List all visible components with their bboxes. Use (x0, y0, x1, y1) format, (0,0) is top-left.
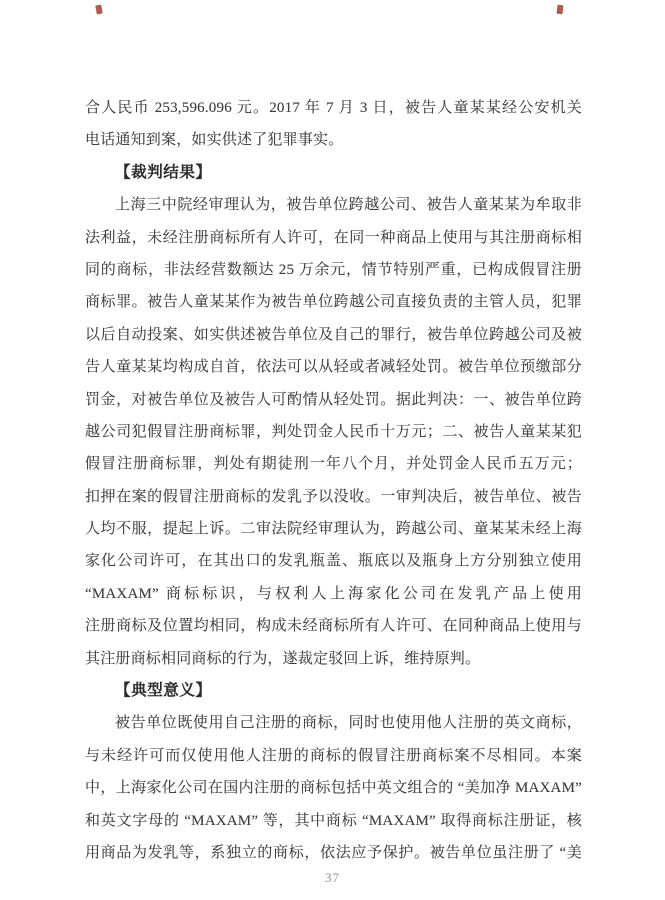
text-line: 合人民币 253,596.096 元。2017 年 7 月 3 日，被告人童某某… (85, 92, 582, 124)
scanned-document-page: 合人民币 253,596.096 元。2017 年 7 月 3 日，被告人童某某… (0, 0, 665, 900)
text-line: 中，上海家化公司在国内注册的商标包括中英文组合的 “美加净 MAXAM” (85, 772, 582, 804)
text-line: 家化公司许可，在其出口的发乳瓶盖、瓶底以及瓶身上方分别独立使用 (85, 545, 582, 577)
text-line: 越公司犯假冒注册商标罪，判处罚金人民币十万元；二、被告人童某某犯 (85, 416, 582, 448)
text-line: 以后自动投案、如实供述被告单位及自己的罪行，被告单位跨越公司及被 (85, 319, 582, 351)
text-line: 用商品为发乳等，系独立的商标，依法应予保护。被告单位虽注册了 “美 (85, 837, 582, 869)
document-text-block: 合人民币 253,596.096 元。2017 年 7 月 3 日，被告人童某某… (85, 92, 582, 869)
section-heading: 【典型意义】 (85, 675, 582, 707)
section-heading: 【裁判结果】 (85, 157, 582, 189)
red-mark-right (556, 5, 563, 15)
text-line: 电话通知到案，如实供述了犯罪事实。 (85, 124, 582, 156)
text-line: 告人童某某均构成自首，依法可以从轻或者减轻处罚。被告单位预缴部分 (85, 351, 582, 383)
text-line: 注册商标及位置均相同，构成未经商标所有人许可、在同种商品上使用与 (85, 610, 582, 642)
text-line: 上海三中院经审理认为，被告单位跨越公司、被告人童某某为牟取非 (85, 189, 582, 221)
text-line: 和英文字母的 “MAXAM” 等，其中商标 “MAXAM” 取得商标注册证，核定… (85, 805, 582, 837)
text-line: 罚金，对被告单位及被告人可酌情从轻处罚。据此判决：一、被告单位跨 (85, 384, 582, 416)
text-line: “MAXAM” 商标标识，与权利人上海家化公司在发乳产品上使用 “MAXAM” (85, 578, 582, 610)
text-line: 扣押在案的假冒注册商标的发乳予以没收。一审判决后，被告单位、被告 (85, 481, 582, 513)
text-line: 人均不服，提起上诉。二审法院经审理认为，跨越公司、童某某未经上海 (85, 513, 582, 545)
text-line: 假冒注册商标罪，判处有期徒刑一年八个月，并处罚金人民币五万元；三、 (85, 448, 582, 480)
text-line: 法利益，未经注册商标所有人许可，在同一种商品上使用与其注册商标相 (85, 222, 582, 254)
page-number: 37 (0, 870, 665, 886)
text-line: 同的商标，非法经营数额达 25 万余元，情节特别严重，已构成假冒注册 (85, 254, 582, 286)
text-line: 其注册商标相同商标的行为，遂裁定驳回上诉，维持原判。 (85, 643, 582, 675)
text-line: 被告单位既使用自己注册的商标，同时也使用他人注册的英文商标， (85, 707, 582, 739)
red-mark-left (95, 5, 102, 15)
text-line: 商标罪。被告人童某某作为被告单位跨越公司直接负责的主管人员，犯罪 (85, 286, 582, 318)
text-line: 与未经许可而仅使用他人注册的商标的假冒注册商标案不尽相同。本案 (85, 740, 582, 772)
